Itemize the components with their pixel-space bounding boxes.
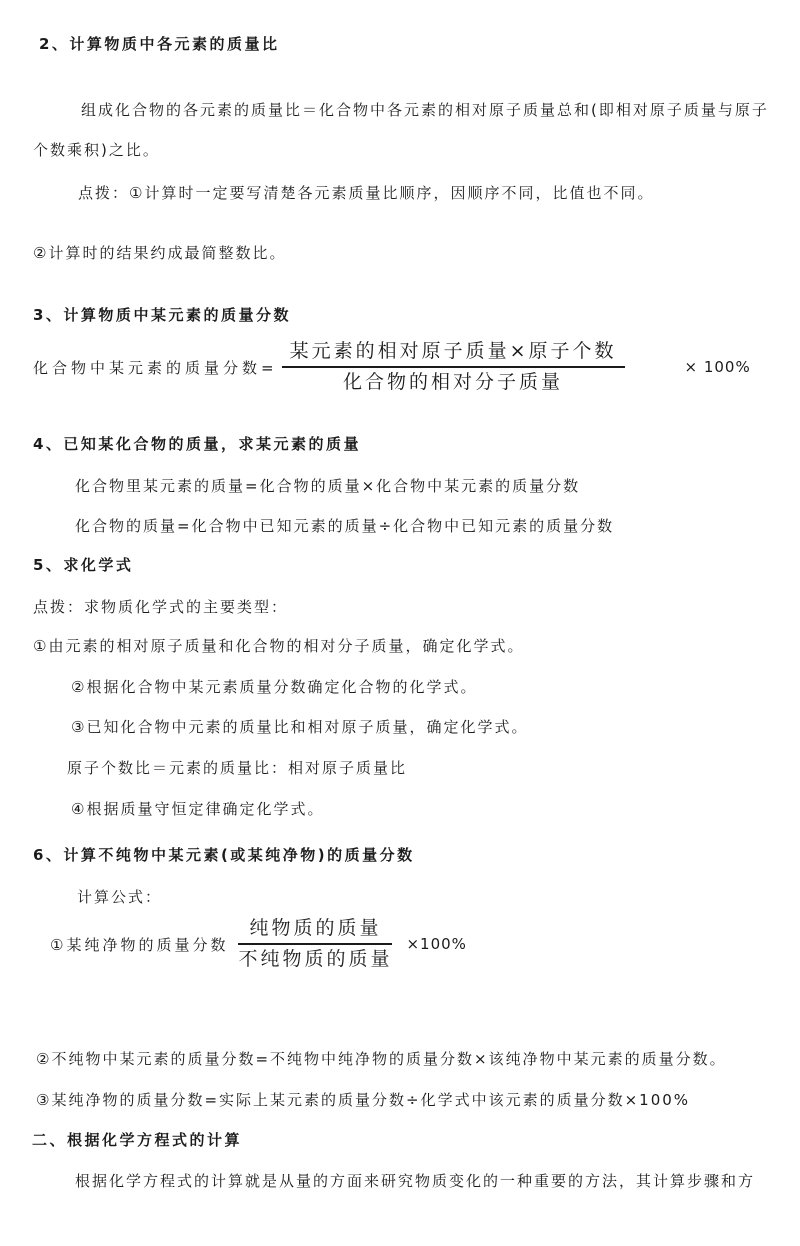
formula-multiplier: × 100% xyxy=(685,358,751,376)
document-page: 2、计算物质中各元素的质量比 组成化合物的各元素的质量比＝化合物中各元素的相对原… xyxy=(0,0,800,1246)
section-2-tip: 点拨：①计算时一定要写清楚各元素质量比顺序，因顺序不同，比值也不同。 xyxy=(78,183,654,203)
fraction-numerator: 某元素的相对原子质量×原子个数 xyxy=(282,339,625,368)
mass-fraction-formula: 化合物中某元素的质量分数= 某元素的相对原子质量×原子个数 化合物的相对分子质量… xyxy=(33,339,751,395)
fraction-denominator: 不纯物质的质量 xyxy=(238,945,392,972)
section-5-tip: 点拨：求物质化学式的主要类型： xyxy=(33,597,288,617)
formula-fraction: 某元素的相对原子质量×原子个数 化合物的相对分子质量 xyxy=(282,339,625,395)
purity-formula: ①某纯净物的质量分数 纯物质的质量 不纯物质的质量 ×100% xyxy=(50,916,467,972)
section-5-item4: ④根据质量守恒定律确定化学式。 xyxy=(71,799,324,819)
section-4-line1: 化合物里某元素的质量=化合物的质量×化合物中某元素的质量分数 xyxy=(75,476,580,496)
fraction-denominator: 化合物的相对分子质量 xyxy=(282,368,625,395)
section-2-tip2: ②计算时的结果约成最简整数比。 xyxy=(33,243,286,263)
section-6-heading: 6、计算不纯物中某元素(或某纯净物)的质量分数 xyxy=(33,845,415,865)
section-5-item2: ②根据化合物中某元素质量分数确定化合物的化学式。 xyxy=(71,677,477,697)
section-4-line2: 化合物的质量=化合物中已知元素的质量÷化合物中已知元素的质量分数 xyxy=(75,516,614,536)
section-6-item2: ②不纯物中某元素的质量分数=不纯物中纯净物的质量分数×该纯净物中某元素的质量分数… xyxy=(36,1049,727,1069)
section-5-item3: ③已知化合物中元素的质量比和相对原子质量，确定化学式。 xyxy=(71,717,528,737)
section-2-body-line2: 个数乘积)之比。 xyxy=(33,140,160,160)
section-3-heading: 3、计算物质中某元素的质量分数 xyxy=(33,305,291,325)
formula-label: 化合物中某元素的质量分数= xyxy=(33,357,278,378)
section-2-body-line1: 组成化合物的各元素的质量比＝化合物中各元素的相对原子质量总和(即相对原子质量与原… xyxy=(81,100,769,120)
section-6-intro: 计算公式： xyxy=(77,887,162,907)
section-5-heading: 5、求化学式 xyxy=(33,555,133,575)
formula-multiplier: ×100% xyxy=(406,935,466,953)
fraction-numerator: 纯物质的质量 xyxy=(238,916,392,945)
section-5-note: 原子个数比＝元素的质量比：相对原子质量比 xyxy=(67,758,407,778)
section-6-item3: ③某纯净物的质量分数=实际上某元素的质量分数÷化学式中该元素的质量分数×100% xyxy=(36,1090,690,1110)
part-2-paragraph: 根据化学方程式的计算就是从量的方面来研究物质变化的一种重要的方法，其计算步骤和方 xyxy=(75,1171,755,1191)
section-5-item1: ①由元素的相对原子质量和化合物的相对分子质量，确定化学式。 xyxy=(33,636,524,656)
formula-label: ①某纯净物的质量分数 xyxy=(50,934,228,955)
section-4-heading: 4、已知某化合物的质量，求某元素的质量 xyxy=(33,434,361,454)
part-2-heading: 二、根据化学方程式的计算 xyxy=(32,1130,242,1150)
formula-fraction: 纯物质的质量 不纯物质的质量 xyxy=(238,916,392,972)
section-2-heading: 2、计算物质中各元素的质量比 xyxy=(39,34,279,54)
